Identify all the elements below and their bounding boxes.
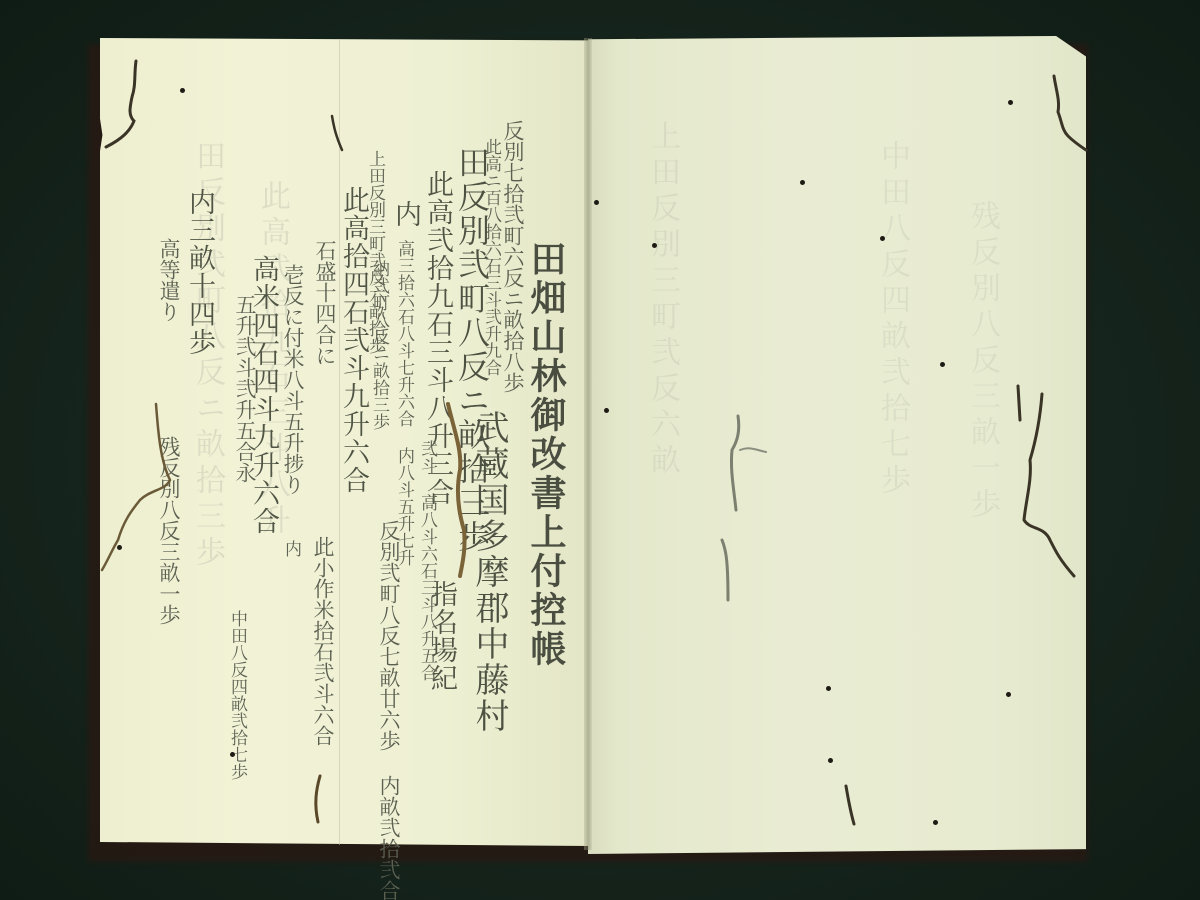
wormhole xyxy=(933,820,938,825)
tear-mark-right-edge xyxy=(1010,380,1090,590)
text-column: 内 xyxy=(392,200,419,228)
tear-mark-bottom-right xyxy=(836,780,866,830)
wormhole xyxy=(1008,100,1013,105)
text-column: 高三拾六石八斗七升六合 内八斗五升七升 xyxy=(395,240,412,566)
bleed-through-text: 上田反別三町弐反六畝 xyxy=(640,120,684,720)
wormhole xyxy=(1006,692,1011,697)
wormhole xyxy=(604,408,609,413)
wormhole xyxy=(828,758,833,763)
book-gutter xyxy=(584,38,592,850)
text-column: 高等遣り xyxy=(158,238,179,322)
tear-mark-right-page-center xyxy=(710,410,770,610)
document-title: 田畑山林御改書上付控帳 xyxy=(528,240,564,669)
wormhole xyxy=(117,545,122,550)
wormhole xyxy=(826,686,831,691)
tear-mark-top-left xyxy=(100,55,150,155)
wormhole xyxy=(230,752,235,757)
text-column: 内三畝十四歩 xyxy=(186,188,213,356)
wormhole xyxy=(880,236,885,241)
wormhole xyxy=(594,200,599,205)
text-column: 反別七拾弐町六反ニ畝拾八歩 xyxy=(502,120,523,393)
tear-mark-center-crack xyxy=(440,400,480,580)
text-column: 此高拾四石弐斗九升六合 xyxy=(340,186,367,494)
text-column: 此小作米拾石弐斗六合 xyxy=(312,536,333,746)
tear-mark-left-edge xyxy=(100,400,180,580)
wormhole xyxy=(652,243,657,248)
bleed-through-text: 残反別八反三畝一歩 xyxy=(960,200,1004,800)
text-column: 五升弐斗弐升五合永 xyxy=(234,294,255,483)
text-column: 反別弐町八反七畝廿六歩 内畝弐拾弐合 xyxy=(378,520,399,900)
wormhole xyxy=(940,362,945,367)
wormhole xyxy=(800,180,805,185)
tear-mark-bottom xyxy=(300,770,340,830)
wormhole xyxy=(180,88,185,93)
bleed-through-text: 中田八反四畝弐拾七歩 xyxy=(870,140,914,740)
text-column: 内 xyxy=(282,540,299,557)
tear-mark-top-right xyxy=(1040,70,1090,170)
tear-mark-fold-top xyxy=(320,110,360,170)
text-column: 弐斗 高八斗六石三斗八升五合 xyxy=(418,440,435,681)
text-column: 石盛十四合に xyxy=(314,240,335,366)
text-column: 壱反に付米八斗五升捗り xyxy=(282,264,303,495)
